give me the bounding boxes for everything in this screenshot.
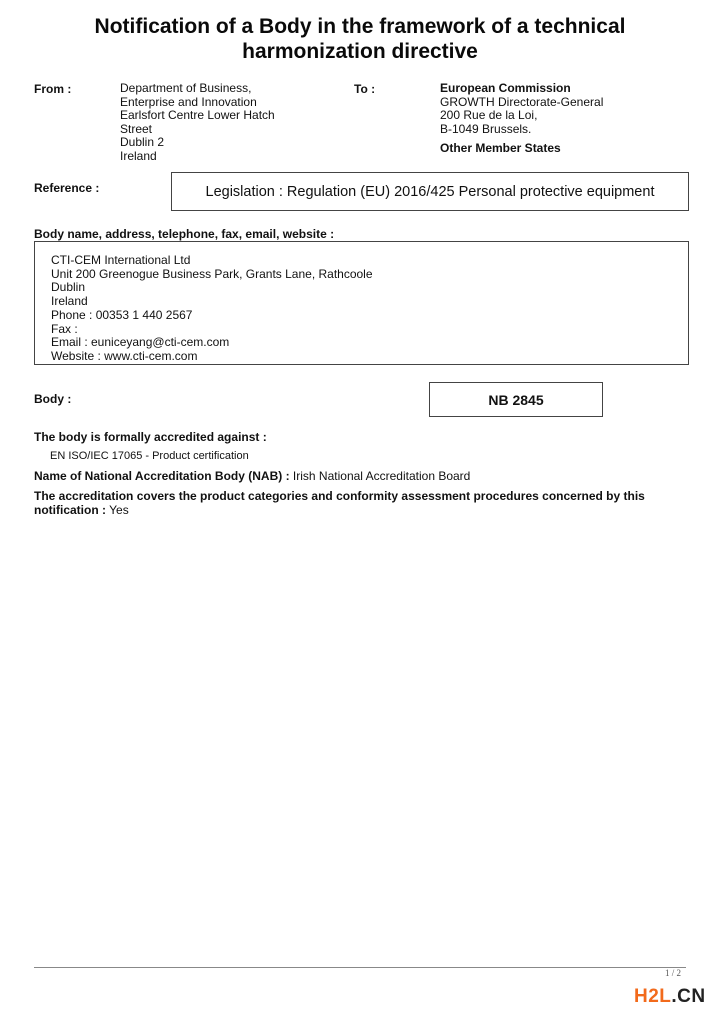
accreditation-label: The body is formally accredited against … — [34, 430, 267, 444]
footer-divider — [34, 967, 686, 968]
watermark-dark: .CN — [671, 986, 705, 1007]
from-line: Ireland — [120, 150, 275, 164]
body-address-line: Unit 200 Greenogue Business Park, Grants… — [51, 268, 688, 282]
accreditation-standard: EN ISO/IEC 17065 - Product certification — [50, 450, 249, 462]
body-name: CTI-CEM International Ltd — [51, 254, 688, 268]
from-label: From : — [34, 82, 71, 96]
document-title: Notification of a Body in the framework … — [0, 14, 720, 64]
from-line: Dublin 2 — [120, 136, 275, 150]
page-number: 1 / 2 — [665, 968, 681, 978]
from-address: Department of Business, Enterprise and I… — [120, 82, 275, 164]
notified-body-number-box: NB 2845 — [429, 382, 603, 417]
body-address-line: Dublin — [51, 281, 688, 295]
to-line: 200 Rue de la Loi, — [440, 109, 603, 123]
nab-row: Name of National Accreditation Body (NAB… — [34, 470, 470, 484]
to-name: European Commission — [440, 82, 603, 96]
reference-box: Legislation : Regulation (EU) 2016/425 P… — [171, 172, 689, 211]
coverage-label-cont: notification : — [34, 503, 106, 517]
to-label: To : — [354, 82, 375, 96]
body-website: Website : www.cti-cem.com — [51, 350, 688, 364]
nab-label: Name of National Accreditation Body (NAB… — [34, 469, 290, 483]
coverage-label: The accreditation covers the product cat… — [34, 490, 645, 504]
from-line: Department of Business, — [120, 82, 275, 96]
title-line-2: harmonization directive — [0, 39, 720, 64]
nab-value: Irish National Accreditation Board — [293, 469, 470, 483]
from-line: Enterprise and Innovation — [120, 96, 275, 110]
body-fax: Fax : — [51, 323, 688, 337]
watermark-orange: H2L — [634, 986, 671, 1007]
from-line: Earlsfort Centre Lower Hatch — [120, 109, 275, 123]
body-phone: Phone : 00353 1 440 2567 — [51, 309, 688, 323]
reference-label: Reference : — [34, 181, 99, 195]
notified-body-number: NB 2845 — [488, 392, 543, 408]
body-details-label: Body name, address, telephone, fax, emai… — [34, 227, 334, 241]
body-label: Body : — [34, 392, 71, 406]
reference-value: Legislation : Regulation (EU) 2016/425 P… — [206, 184, 655, 200]
to-other-member-states: Other Member States — [440, 142, 603, 156]
to-line: B-1049 Brussels. — [440, 123, 603, 137]
coverage-row: The accreditation covers the product cat… — [34, 490, 645, 517]
from-line: Street — [120, 123, 275, 137]
watermark-logo: H2L.CN — [634, 986, 706, 1008]
coverage-value: Yes — [109, 503, 129, 517]
body-address-line: Ireland — [51, 295, 688, 309]
to-line: GROWTH Directorate-General — [440, 96, 603, 110]
to-address: European Commission GROWTH Directorate-G… — [440, 82, 603, 156]
body-details-box: CTI-CEM International Ltd Unit 200 Green… — [34, 241, 689, 365]
title-line-1: Notification of a Body in the framework … — [0, 14, 720, 39]
body-email: Email : euniceyang@cti-cem.com — [51, 336, 688, 350]
